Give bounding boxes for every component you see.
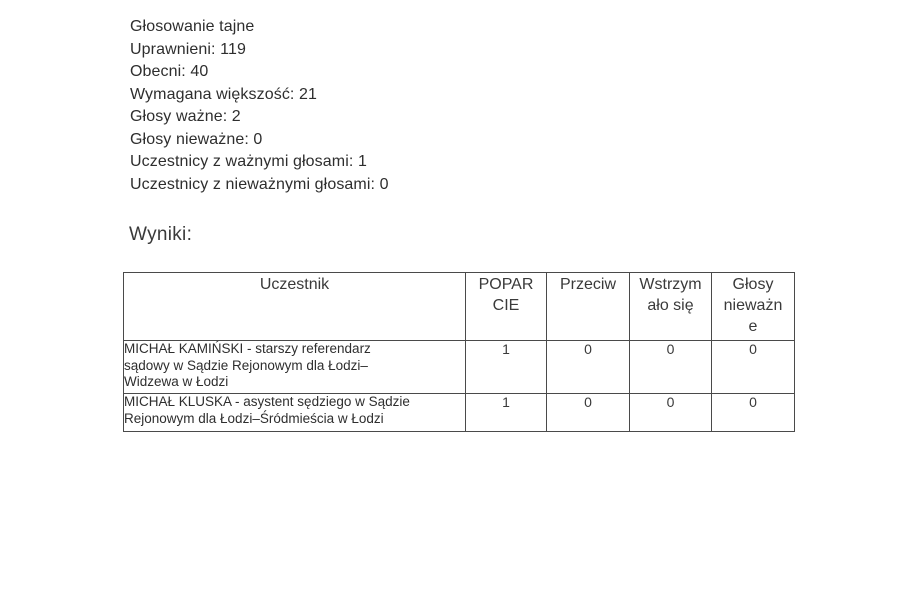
header-invalid-line: nieważn	[724, 297, 783, 314]
header-participant: Uczestnik	[124, 273, 466, 341]
summary-participants-invalid: Uczestnicy z nieważnymi głosami: 0	[130, 174, 389, 197]
participant-line: MICHAŁ KAMIŃSKI - starszy referendarz	[124, 341, 371, 356]
voting-summary: Głosowanie tajne Uprawnieni: 119 Obecni:…	[130, 16, 389, 196]
results-header-row: Uczestnik POPAR CIE Przeciw Wstrzym ało …	[124, 273, 795, 341]
abstain-cell: 0	[630, 341, 712, 394]
header-abstain-line: Wstrzym	[639, 276, 701, 293]
header-invalid-line: e	[749, 318, 758, 335]
support-cell: 1	[466, 341, 547, 394]
participant-cell: MICHAŁ KAMIŃSKI - starszy referendarz są…	[124, 341, 466, 394]
table-row: MICHAŁ KLUSKA - asystent sędziego w Sądz…	[124, 394, 795, 432]
abstain-cell: 0	[630, 394, 712, 432]
summary-present: Obecni: 40	[130, 61, 389, 84]
header-support-line: CIE	[493, 297, 520, 314]
summary-valid-votes: Głosy ważne: 2	[130, 106, 389, 129]
results-table: Uczestnik POPAR CIE Przeciw Wstrzym ało …	[123, 272, 795, 432]
support-cell: 1	[466, 394, 547, 432]
summary-eligible: Uprawnieni: 119	[130, 39, 389, 62]
table-row: MICHAŁ KAMIŃSKI - starszy referendarz są…	[124, 341, 795, 394]
header-support-line: POPAR	[479, 276, 534, 293]
header-against: Przeciw	[547, 273, 630, 341]
participant-line: Rejonowym dla Łodzi–Śródmieścia w Łodzi	[124, 411, 384, 426]
header-abstain-line: ało się	[647, 297, 693, 314]
invalid-cell: 0	[712, 341, 795, 394]
header-invalid: Głosy nieważn e	[712, 273, 795, 341]
results-heading: Wyniki:	[129, 224, 192, 246]
summary-required-majority: Wymagana większość: 21	[130, 84, 389, 107]
invalid-cell: 0	[712, 394, 795, 432]
summary-invalid-votes: Głosy nieważne: 0	[130, 129, 389, 152]
participant-line: MICHAŁ KLUSKA - asystent sędziego w Sądz…	[124, 394, 410, 409]
header-abstain: Wstrzym ało się	[630, 273, 712, 341]
participant-cell: MICHAŁ KLUSKA - asystent sędziego w Sądz…	[124, 394, 466, 432]
against-cell: 0	[547, 394, 630, 432]
summary-title: Głosowanie tajne	[130, 16, 389, 39]
participant-line: Widzewa w Łodzi	[124, 374, 228, 389]
header-support: POPAR CIE	[466, 273, 547, 341]
against-cell: 0	[547, 341, 630, 394]
header-invalid-line: Głosy	[733, 276, 774, 293]
participant-line: sądowy w Sądzie Rejonowym dla Łodzi–	[124, 358, 368, 373]
summary-participants-valid: Uczestnicy z ważnymi głosami: 1	[130, 151, 389, 174]
